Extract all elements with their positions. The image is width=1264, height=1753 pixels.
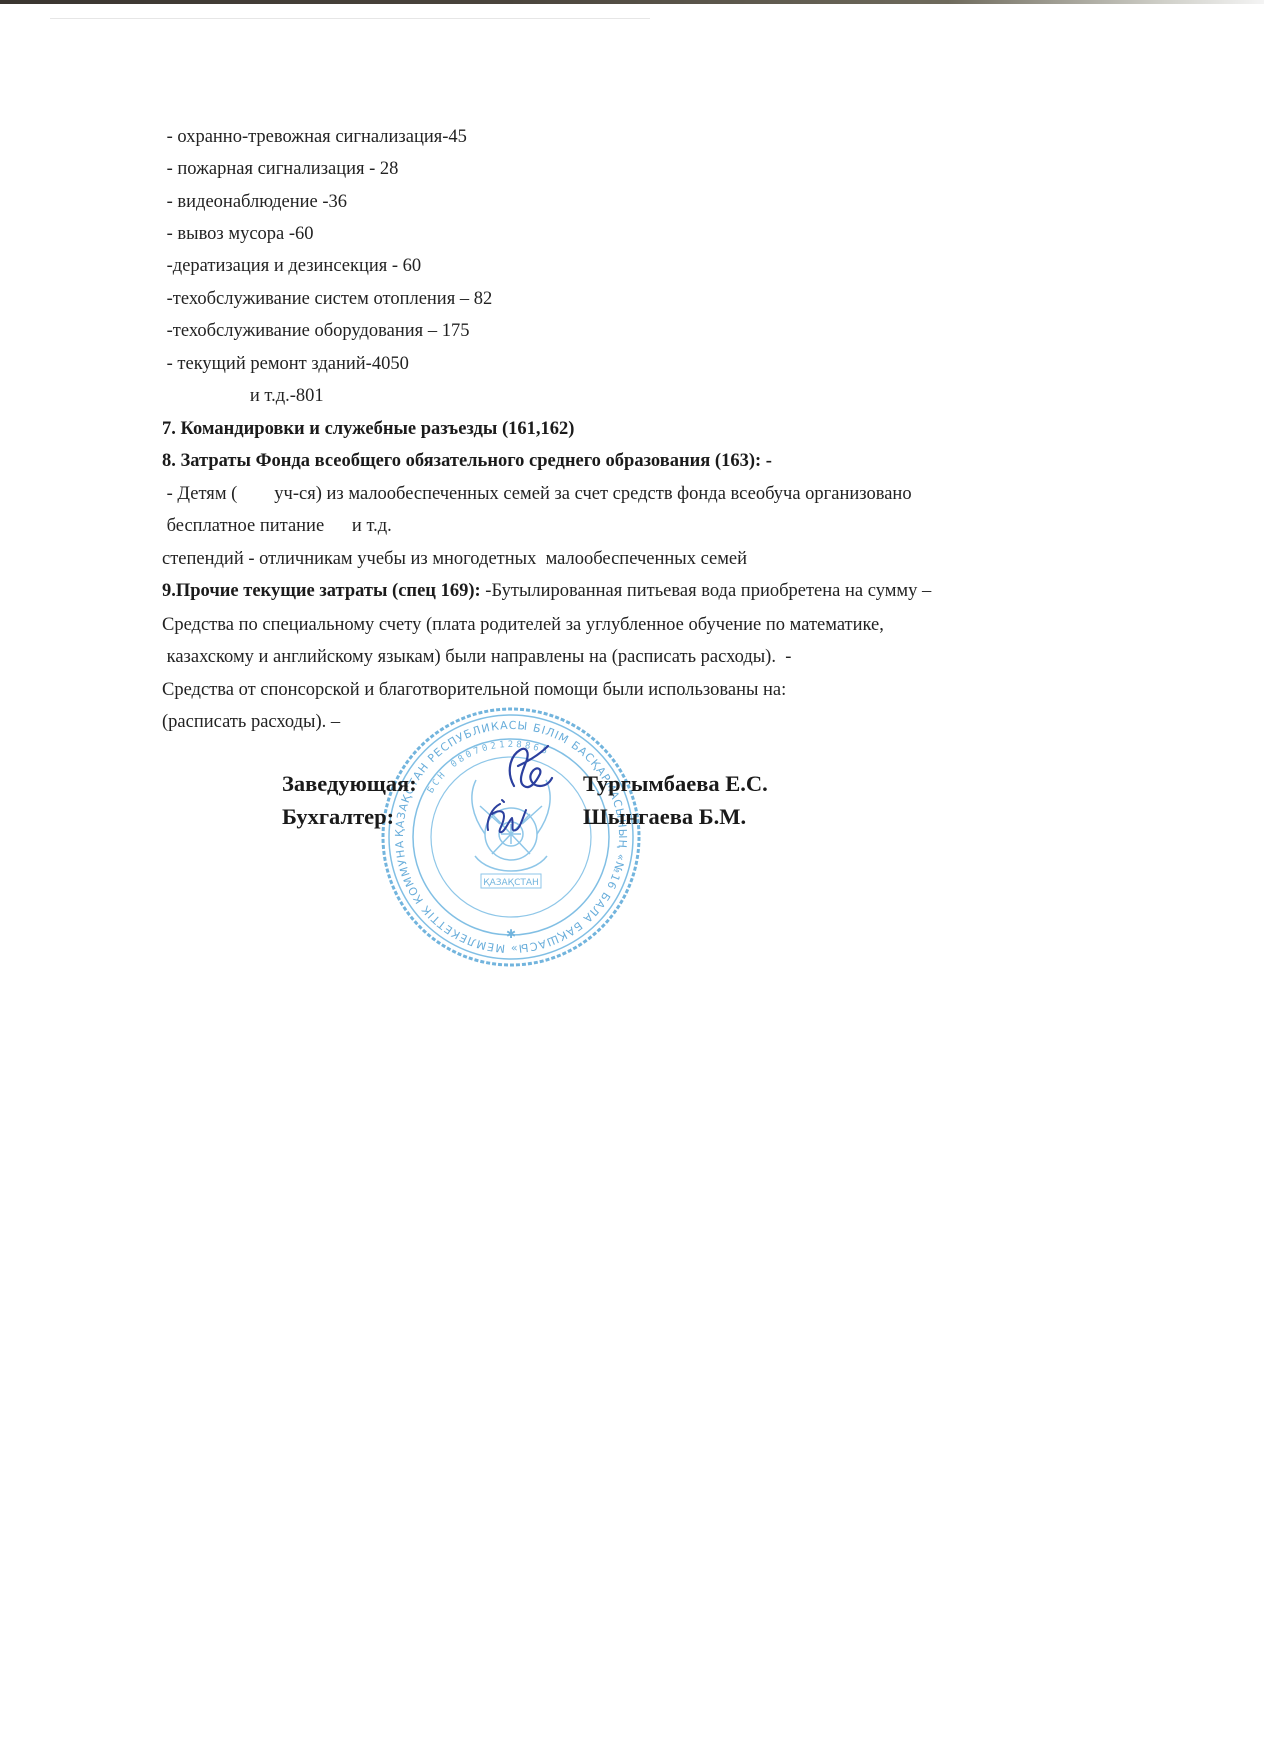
section-9-heading-rest: -Бутылированная питьевая вода приобретен… [481, 581, 932, 601]
list-item-security-alarm: - охранно-тревожная сигнализация-45 [162, 126, 467, 148]
document-page: - охранно-тревожная сигнализация-45 - по… [0, 0, 1264, 1753]
section-7-heading: 7. Командировки и служебные разъезды (16… [162, 418, 574, 440]
list-item-heating-maintenance: -техобслуживание систем отопления – 82 [162, 288, 492, 310]
handwritten-signature-accountant-icon [478, 796, 534, 838]
section-9-line-3: Средства от спонсорской и благотворитель… [162, 679, 786, 701]
list-item-video-surveillance: - видеонаблюдение -36 [162, 191, 347, 213]
signature-role-accountant: Бухгалтер: [282, 804, 394, 830]
section-9-line-4: (расписать расходы). – [162, 711, 340, 733]
list-item-pest-control: -дератизация и дезинсекция - 60 [162, 255, 421, 277]
list-item-garbage-removal: - вывоз мусора -60 [162, 223, 314, 245]
section-9-heading: 9.Прочие текущие затраты (спец 169): [162, 581, 481, 601]
section-9-heading-line: 9.Прочие текущие затраты (спец 169): -Бу… [162, 580, 931, 602]
stamp-star-icon: ✱ [506, 927, 516, 941]
section-9-line-1: Средства по специальному счету (плата ро… [162, 614, 884, 636]
list-item-etc: и т.д.-801 [162, 385, 324, 407]
section-8-line-2: бесплатное питание и т.д. [162, 515, 392, 537]
signature-name-accountant: Шынгаева Б.М. [583, 804, 746, 830]
list-item-fire-alarm: - пожарная сигнализация - 28 [162, 158, 398, 180]
section-8-heading: 8. Затраты Фонда всеобщего обязательного… [162, 450, 772, 472]
handwritten-signature-head-icon [496, 742, 556, 794]
signature-name-head: Тургымбаева Е.С. [583, 771, 768, 797]
list-item-building-repair: - текущий ремонт зданий-4050 [162, 353, 409, 375]
signature-role-head: Заведующая: [282, 771, 417, 797]
section-8-line-1: - Детям ( уч-ся) из малообеспеченных сем… [162, 483, 912, 505]
section-9-line-2: казахскому и английскому языкам) были на… [162, 646, 791, 668]
stamp-center-text: ҚАЗАҚСТАН [483, 878, 539, 888]
section-8-line-3: степендий - отличникам учебы из многодет… [162, 548, 747, 570]
list-item-equipment-maintenance: -техобслуживание оборудования – 175 [162, 320, 469, 342]
